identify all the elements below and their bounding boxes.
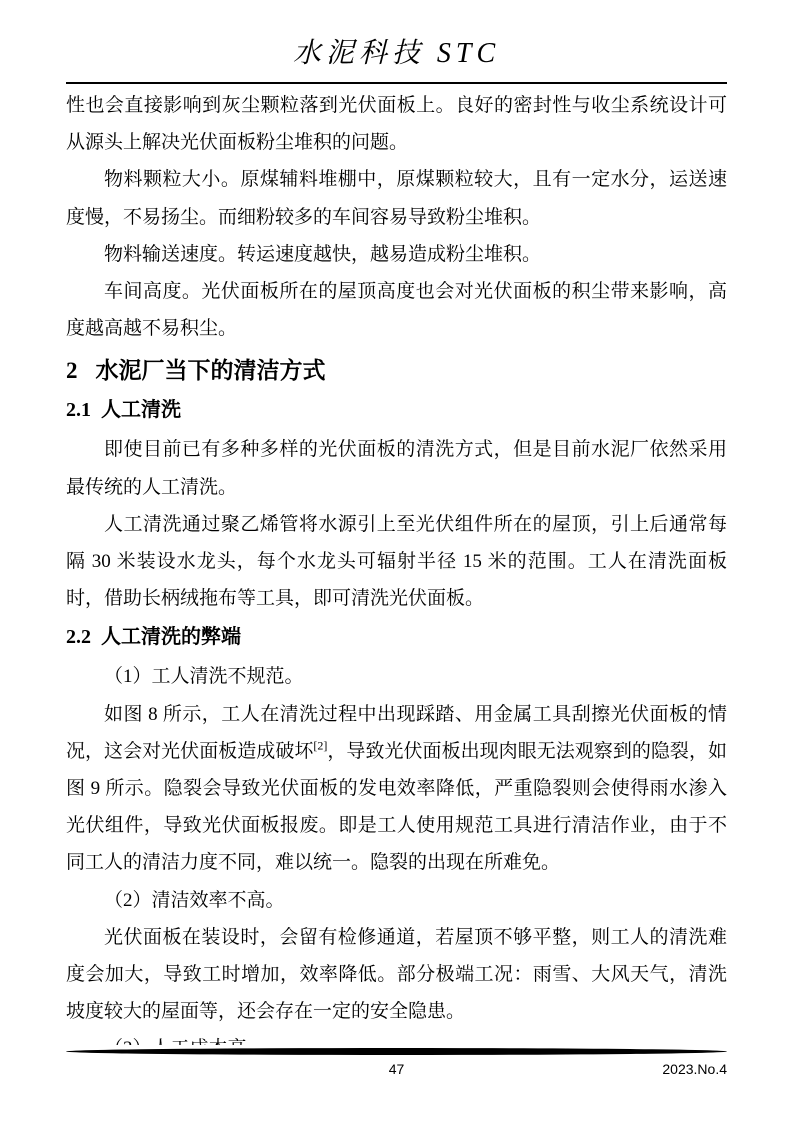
page-footer: 47 2023.No.4 (66, 1048, 727, 1079)
subsection-title: 人工清洗的弊端 (101, 626, 241, 648)
list-item-paragraph: （2）清洁效率不高。 (66, 882, 727, 919)
paragraph: 即使目前已有多种多样的光伏面板的清洗方式，但是目前水泥厂依然采用最传统的人工清洗… (66, 431, 727, 505)
subsection-heading-2-2: 2.2人工清洗的弊端 (66, 619, 727, 656)
subsection-heading-2-1: 2.1人工清洗 (66, 392, 727, 429)
issue-label: 2023.No.4 (662, 1059, 727, 1079)
paragraph: 车间高度。光伏面板所在的屋顶高度也会对光伏面板的积尘带来影响，高度越高越不易积尘… (66, 273, 727, 347)
article-body: 性也会直接影响到灰尘颗粒落到光伏面板上。良好的密封性与收尘系统设计可从源头上解决… (66, 87, 727, 1045)
journal-title: 水泥科技 STC (66, 0, 727, 70)
page-header: 水泥科技 STC (66, 0, 727, 84)
subsection-number: 2.1 (66, 399, 91, 421)
page-number: 47 (66, 1059, 727, 1079)
list-item-paragraph: （1）工人清洗不规范。 (66, 658, 727, 695)
paragraph: 物料输送速度。转运速度越快，越易造成粉尘堆积。 (66, 236, 727, 273)
footer-row: 47 2023.No.4 (66, 1059, 727, 1079)
citation-marker: [2] (313, 739, 327, 753)
section-heading-2: 2水泥厂当下的清洁方式 (66, 352, 727, 389)
paragraph: 光伏面板在装设时，会留有检修通道，若屋顶不够平整，则工人的清洗难度会加大，导致工… (66, 919, 727, 1031)
subsection-title: 人工清洗 (101, 399, 181, 421)
paragraph-with-citation: 如图 8 所示，工人在清洗过程中出现踩踏、用金属工具刮擦光伏面板的情况，这会对光… (66, 696, 727, 882)
section-title: 水泥厂当下的清洁方式 (96, 357, 326, 383)
paragraph: 物料颗粒大小。原煤辅料堆棚中，原煤颗粒较大，且有一定水分，运送速度慢，不易扬尘。… (66, 161, 727, 235)
footer-rule (66, 1048, 727, 1055)
paragraph-continuation: 性也会直接影响到灰尘颗粒落到光伏面板上。良好的密封性与收尘系统设计可从源头上解决… (66, 87, 727, 161)
subsection-number: 2.2 (66, 626, 91, 648)
paragraph: 人工清洗通过聚乙烯管将水源引上至光伏组件所在的屋顶，引上后通常每隔 30 米装设… (66, 506, 727, 618)
section-number: 2 (66, 358, 78, 383)
header-rule (66, 82, 727, 84)
document-page: 水泥科技 STC 性也会直接影响到灰尘颗粒落到光伏面板上。良好的密封性与收尘系统… (0, 0, 793, 1122)
list-item-paragraph: （3）人工成本高。 (66, 1030, 727, 1045)
